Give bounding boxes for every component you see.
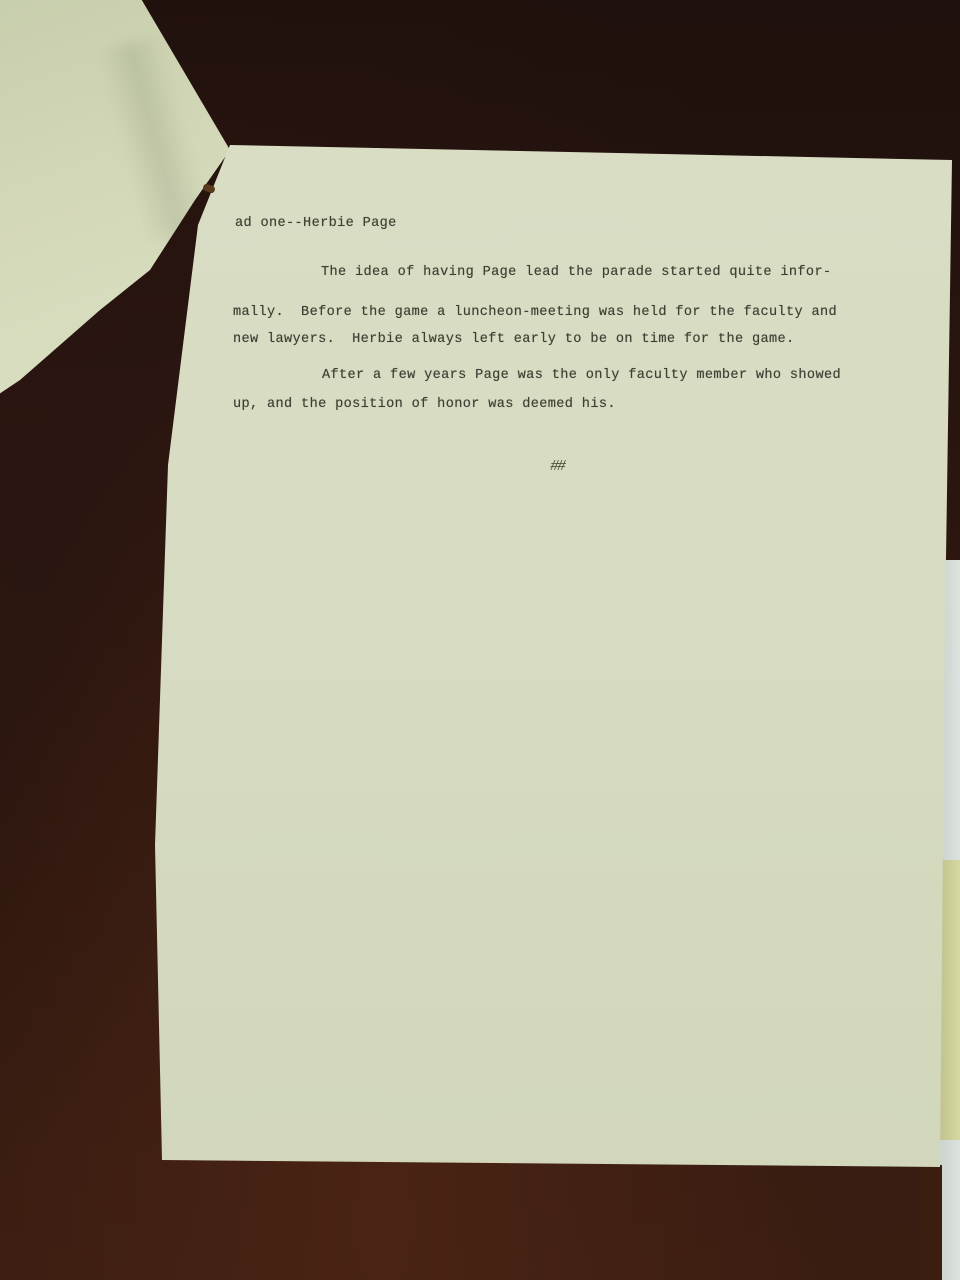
paragraph-1-line-1: The idea of having Page lead the parade … <box>321 265 831 280</box>
end-mark: ## <box>550 458 564 475</box>
paragraph-2-line-1: After a few years Page was the only facu… <box>322 368 841 383</box>
typed-page <box>150 145 952 1167</box>
paragraph-2-line-2: up, and the position of honor was deemed… <box>233 397 616 412</box>
desk-corner <box>920 1165 942 1280</box>
page-heading: ad one--Herbie Page <box>235 216 397 231</box>
paragraph-1-line-2: mally. Before the game a luncheon-meetin… <box>233 305 837 320</box>
paragraph-1-line-3: new lawyers. Herbie always left early to… <box>233 332 795 347</box>
